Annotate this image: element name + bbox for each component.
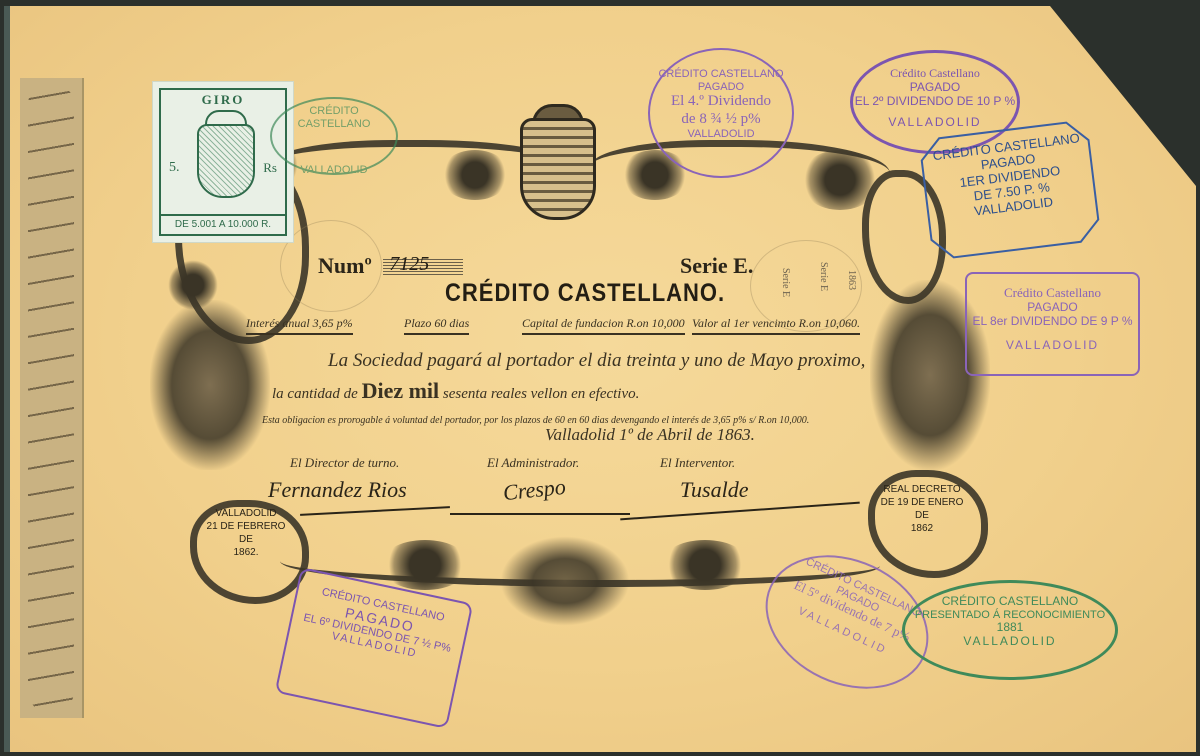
counterfoil-strip (20, 78, 84, 718)
signature-flourish (450, 513, 630, 515)
body-text-line-1: La Sociedad pagará al portador el dia tr… (328, 350, 865, 372)
number-value: 7125 (389, 253, 429, 276)
term-period: Plazo 60 dias (404, 316, 469, 335)
revenue-stamp-title: GIRO (161, 92, 285, 108)
amount-prefix: la cantidad de (272, 386, 358, 402)
signatory-title-auditor: El Interventor. (660, 455, 735, 471)
medallion-line: 21 DE FEBRERO (196, 520, 296, 533)
certificate-number: Numº 7125 (318, 253, 463, 279)
stamp-line: VALLADOLID (272, 164, 396, 177)
perforation-mark: 1863 (846, 270, 857, 290)
signature-auditor: Tusalde (680, 477, 748, 503)
medallion-left-text: VALLADOLID 21 DE FEBRERO DE 1862. (196, 507, 296, 559)
medallion-line: DE (876, 509, 968, 522)
medallion-line: 1862 (876, 522, 968, 535)
stamp-line: EL 2º DIVIDENDO DE 10 P % (853, 95, 1017, 109)
stamp-line: El 4.º Dividendo (650, 93, 792, 110)
term-value: Valor al 1er vencimto R.on 10,060. (692, 316, 860, 335)
stamp-giro-overprint: CRÉDITO CASTELLANO VALLADOLID (270, 97, 398, 175)
signatory-title-administrator: El Administrador. (487, 455, 579, 471)
stamp-line: VALLADOLID (650, 128, 792, 141)
stamp-presentation-1881: CRÉDITO CASTELLANO PRESENTADO Á RECONOCI… (902, 580, 1118, 680)
medallion-line: DE 19 DE ENERO (876, 496, 968, 509)
stamp-line: Crédito Castellano (853, 67, 1017, 81)
stamp-line: 1881 (905, 621, 1115, 635)
grape-leaves-ornament (440, 150, 510, 200)
stamp-line: CRÉDITO CASTELLANO (650, 68, 792, 81)
grape-leaves-ornament (660, 540, 750, 590)
term-interest: Interés anual 3,65 p% (246, 316, 353, 335)
perforation-mark: Serie E (818, 262, 829, 291)
revenue-stamp-range: DE 5.001 A 10.000 R. (161, 214, 285, 234)
medallion-line: REAL DECRETO (876, 483, 968, 496)
stamp-line: VALLADOLID (853, 116, 1017, 130)
medallion-line: DE (196, 533, 296, 546)
agricultural-tools-illustration (500, 536, 630, 626)
amount-words: Diez mil (362, 378, 440, 403)
series-value: E. (733, 253, 753, 278)
series-label: Serie (680, 253, 728, 278)
signatory-title-director: El Director de turno. (290, 455, 399, 471)
stamp-line: PAGADO (967, 301, 1138, 315)
medallion-right-text: REAL DECRETO DE 19 DE ENERO DE 1862 (876, 483, 968, 535)
shield-icon (197, 124, 255, 198)
perforation-mark: Serie E (780, 268, 791, 297)
stamp-line: PAGADO (650, 81, 792, 94)
series: Serie E. (680, 253, 753, 279)
stamp-dividend-8: Crédito Castellano PAGADO EL 8er DIVIDEN… (965, 272, 1140, 376)
amount-suffix: sesenta reales vellon en efectivo. (443, 386, 639, 402)
term-capital: Capital de fundacion R.on 10,000 (522, 316, 685, 335)
stamp-line: VALLADOLID (905, 635, 1115, 649)
signature-director: Fernandez Rios (268, 477, 407, 503)
grape-leaves-ornament (800, 150, 880, 210)
stamp-dividend-4: CRÉDITO CASTELLANO PAGADO El 4.º Dividen… (648, 48, 794, 178)
issue-date: Valladolid 1º de Abril de 1863. (545, 425, 755, 445)
issuer-title: CRÉDITO CASTELLANO. (445, 278, 725, 308)
stamp-line: CRÉDITO CASTELLANO (905, 595, 1115, 609)
stamp-line: PAGADO (853, 81, 1017, 95)
calligraphic-flourish (28, 84, 74, 712)
stamp-line: EL 8er DIVIDENDO DE 9 P % (967, 315, 1138, 329)
stamp-line: VALLADOLID (967, 339, 1138, 353)
medallion-line: 1862. (196, 546, 296, 559)
stamp-line: Crédito Castellano (967, 286, 1138, 301)
number-field: 7125 (383, 259, 463, 277)
revenue-stamp-value: 5. (169, 160, 180, 176)
number-label: Numº (318, 253, 372, 278)
body-text-line-2: la cantidad de Diez mil sesenta reales v… (272, 378, 639, 404)
grape-leaves-ornament (380, 540, 470, 590)
stamp-line: CRÉDITO CASTELLANO (272, 105, 396, 130)
valladolid-coat-of-arms (520, 118, 596, 220)
medallion-line: VALLADOLID (196, 507, 296, 520)
stamp-line: de 8 ¾ ½ p% (650, 111, 792, 128)
